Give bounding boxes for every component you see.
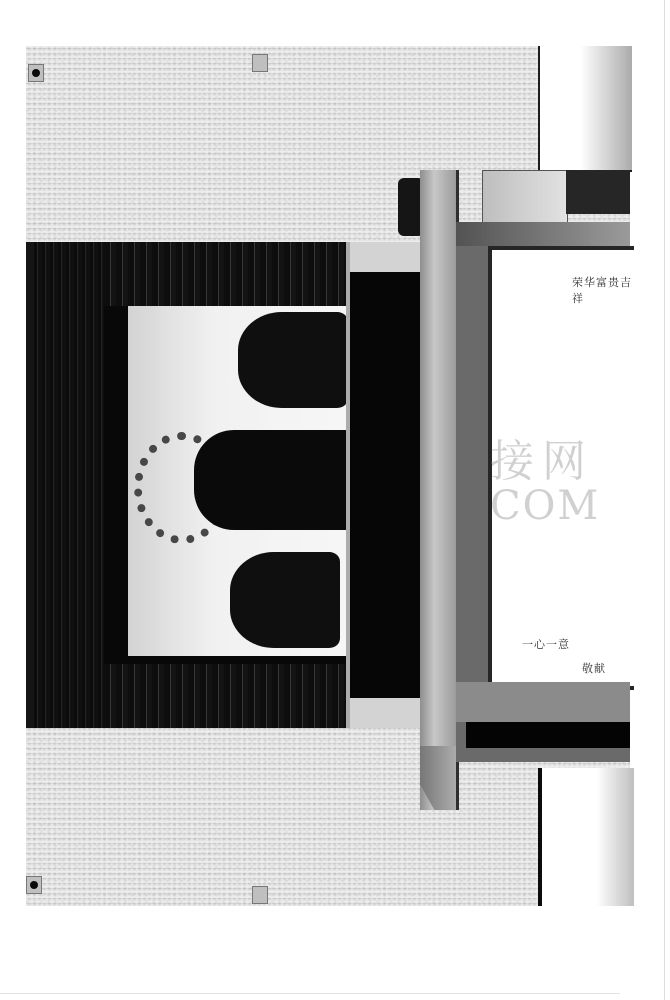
wall-panel-bottom — [538, 768, 634, 906]
screw-hole-icon — [28, 64, 44, 82]
scan-edge-right — [664, 0, 665, 1000]
inscription-plaque: 荣华富贵吉祥 一心一意 敬献 — [488, 246, 634, 690]
scan-edge-bottom — [0, 993, 620, 994]
plinth-cap — [350, 242, 420, 272]
altar-band — [456, 682, 630, 722]
offering-box — [482, 170, 568, 228]
shrine-cabinet — [26, 242, 354, 728]
plaque-text-bottom-2: 敬献 — [582, 660, 606, 676]
screw-hole-icon — [26, 876, 42, 894]
altar-dark-band — [466, 722, 630, 748]
attendant-figure-left — [238, 312, 348, 408]
altar-table-strip — [456, 222, 630, 246]
mount-mark-icon — [252, 54, 268, 72]
deity-statue — [194, 430, 354, 530]
plaque-text-top: 荣华富贵吉祥 — [572, 274, 634, 306]
mount-mark-icon — [252, 886, 268, 904]
altar-table-edge — [420, 170, 459, 810]
plinth-cap — [350, 698, 420, 728]
wall-panel-top — [538, 46, 632, 172]
carved-beam-bottom — [104, 664, 354, 728]
shrine-plinth — [346, 242, 420, 728]
shrine-roof — [34, 242, 104, 728]
shrine-photograph: 荣华富贵吉祥 一心一意 敬献 — [26, 46, 630, 906]
scanned-page: 荣华富贵吉祥 一心一意 敬献 接网 COM — [0, 0, 670, 1000]
plaque-text-bottom-1: 一心一意 — [522, 636, 570, 652]
dark-object — [566, 170, 630, 214]
attendant-figure-right — [230, 552, 340, 648]
carved-beam-top — [104, 242, 354, 306]
